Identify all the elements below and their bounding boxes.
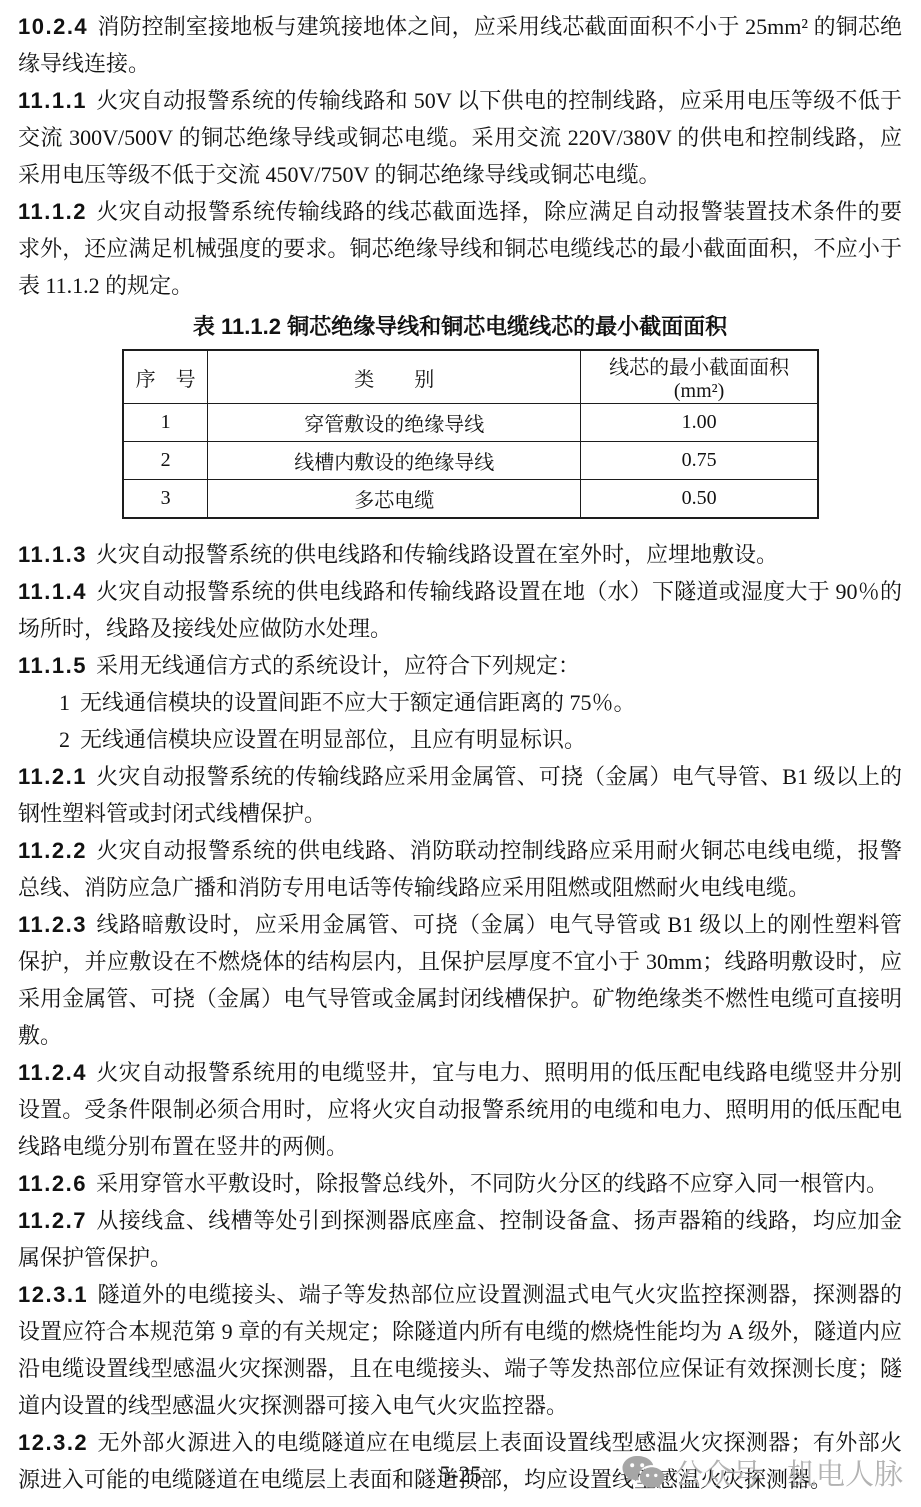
watermark: 公众号 · 机电人脉 <box>621 1452 903 1493</box>
clause-text: 火灾自动报警系统的供电线路、消防联动控制线路应采用耐火铜芯电线电缆，报警总线、消… <box>18 838 902 900</box>
cell-index: 3 <box>123 480 208 518</box>
clause-11-2-1: 11.2.1火灾自动报警系统的传输线路应采用金属管、可挠（金属）电气导管、B1 … <box>18 758 902 832</box>
column-header-min-area: 线芯的最小截面面积(mm²) <box>581 350 818 404</box>
subitem-text: 无线通信模块应设置在明显部位，且应有明显标识。 <box>80 727 586 752</box>
table-title: 表 11.1.2 铜芯绝缘导线和铜芯电缆线芯的最小截面面积 <box>18 309 902 345</box>
table-header-row: 序 号 类 别 线芯的最小截面面积(mm²) <box>123 350 818 404</box>
clause-number: 11.1.5 <box>18 653 87 678</box>
watermark-text: 公众号 · 机电人脉 <box>674 1452 903 1493</box>
clause-text: 火灾自动报警系统传输线路的线芯截面选择，除应满足自动报警装置技术条件的要求外，还… <box>18 199 902 298</box>
clause-11-1-1: 11.1.1火灾自动报警系统的传输线路和 50V 以下供电的控制线路，应采用电压… <box>18 82 902 193</box>
clause-11-2-3: 11.2.3线路暗敷设时，应采用金属管、可挠（金属）电气导管或 B1 级以上的刚… <box>18 906 902 1054</box>
document-page: 10.2.4消防控制室接地板与建筑接地体之间，应采用线芯截面面积不小于 25mm… <box>0 0 921 1507</box>
subitem-text: 无线通信模块的设置间距不应大于额定通信距离的 75％。 <box>80 690 636 715</box>
clause-text: 火灾自动报警系统的传输线路和 50V 以下供电的控制线路，应采用电压等级不低于交… <box>18 88 902 187</box>
clause-number: 11.1.4 <box>18 579 87 604</box>
clause-11-1-3: 11.1.3火灾自动报警系统的供电线路和传输线路设置在室外时，应埋地敷设。 <box>18 536 902 573</box>
wechat-icon <box>621 1454 665 1492</box>
clause-11-1-5: 11.1.5采用无线通信方式的系统设计，应符合下列规定： <box>18 647 902 684</box>
clause-number: 11.2.1 <box>18 764 87 789</box>
clause-text: 线路暗敷设时，应采用金属管、可挠（金属）电气导管或 B1 级以上的刚性塑料管保护… <box>18 912 902 1048</box>
clause-11-2-6: 11.2.6采用穿管水平敷设时，除报警总线外，不同防火分区的线路不应穿入同一根管… <box>18 1165 902 1202</box>
cell-index: 2 <box>123 442 208 480</box>
cell-min-area: 0.75 <box>581 442 818 480</box>
table-row: 1 穿管敷设的绝缘导线 1.00 <box>123 404 818 442</box>
cell-category: 线槽内敷设的绝缘导线 <box>208 442 581 480</box>
clause-12-3-1: 12.3.1隧道外的电缆接头、端子等发热部位应设置测温式电气火灾监控探测器，探测… <box>18 1276 902 1424</box>
clause-number: 11.1.2 <box>18 199 87 224</box>
column-header-category: 类 别 <box>208 350 581 404</box>
cell-category: 多芯电缆 <box>208 480 581 518</box>
clause-number: 10.2.4 <box>18 14 88 39</box>
cell-category: 穿管敷设的绝缘导线 <box>208 404 581 442</box>
clause-11-2-7: 11.2.7从接线盒、线槽等处引到探测器底座盒、控制设备盒、扬声器箱的线路，均应… <box>18 1202 902 1276</box>
clause-text: 隧道外的电缆接头、端子等发热部位应设置测温式电气火灾监控探测器，探测器的设置应符… <box>18 1282 902 1418</box>
clause-10-2-4: 10.2.4消防控制室接地板与建筑接地体之间，应采用线芯截面面积不小于 25mm… <box>18 8 902 82</box>
clause-number: 11.2.4 <box>18 1060 87 1085</box>
subitem-1: 1无线通信模块的设置间距不应大于额定通信距离的 75％。 <box>18 684 902 721</box>
clause-number: 11.1.3 <box>18 542 87 567</box>
clause-number: 12.3.1 <box>18 1282 88 1307</box>
cell-min-area: 0.50 <box>581 480 818 518</box>
clause-11-2-4: 11.2.4火灾自动报警系统用的电缆竖井，宜与电力、照明用的低压配电线路电缆竖井… <box>18 1054 902 1165</box>
cell-min-area: 1.00 <box>581 404 818 442</box>
subitem-2: 2无线通信模块应设置在明显部位，且应有明显标识。 <box>18 721 902 758</box>
clause-number: 11.2.2 <box>18 838 87 863</box>
subitem-number: 2 <box>59 727 70 752</box>
table-row: 2 线槽内敷设的绝缘导线 0.75 <box>123 442 818 480</box>
clause-text: 火灾自动报警系统的传输线路应采用金属管、可挠（金属）电气导管、B1 级以上的钢性… <box>18 764 902 826</box>
clause-text: 消防控制室接地板与建筑接地体之间，应采用线芯截面面积不小于 25mm² 的铜芯绝… <box>18 14 902 76</box>
clause-text: 从接线盒、线槽等处引到探测器底座盒、控制设备盒、扬声器箱的线路，均应加金属保护管… <box>18 1208 902 1270</box>
min-cross-section-table: 序 号 类 别 线芯的最小截面面积(mm²) 1 穿管敷设的绝缘导线 1.00 … <box>122 349 819 519</box>
subitem-number: 1 <box>59 690 70 715</box>
cell-index: 1 <box>123 404 208 442</box>
clause-text: 采用穿管水平敷设时，除报警总线外，不同防火分区的线路不应穿入同一根管内。 <box>96 1171 888 1196</box>
clause-number: 11.1.1 <box>18 88 87 113</box>
table-row: 3 多芯电缆 0.50 <box>123 480 818 518</box>
clause-11-2-2: 11.2.2火灾自动报警系统的供电线路、消防联动控制线路应采用耐火铜芯电线电缆，… <box>18 832 902 906</box>
clause-text: 火灾自动报警系统的供电线路和传输线路设置在室外时，应埋地敷设。 <box>96 542 778 567</box>
clause-number: 11.2.7 <box>18 1208 87 1233</box>
clause-text: 采用无线通信方式的系统设计，应符合下列规定： <box>96 653 580 678</box>
clause-number: 11.2.6 <box>18 1171 87 1196</box>
clause-11-1-4: 11.1.4火灾自动报警系统的供电线路和传输线路设置在地（水）下隧道或湿度大于 … <box>18 573 902 647</box>
clause-text: 火灾自动报警系统的供电线路和传输线路设置在地（水）下隧道或湿度大于 90％的场所… <box>18 579 902 641</box>
column-header-index: 序 号 <box>123 350 208 404</box>
clause-11-1-2: 11.1.2火灾自动报警系统传输线路的线芯截面选择，除应满足自动报警装置技术条件… <box>18 193 902 304</box>
clause-number: 12.3.2 <box>18 1430 88 1455</box>
clause-text: 火灾自动报警系统用的电缆竖井，宜与电力、照明用的低压配电线路电缆竖井分别设置。受… <box>18 1060 902 1159</box>
clause-number: 11.2.3 <box>18 912 87 937</box>
